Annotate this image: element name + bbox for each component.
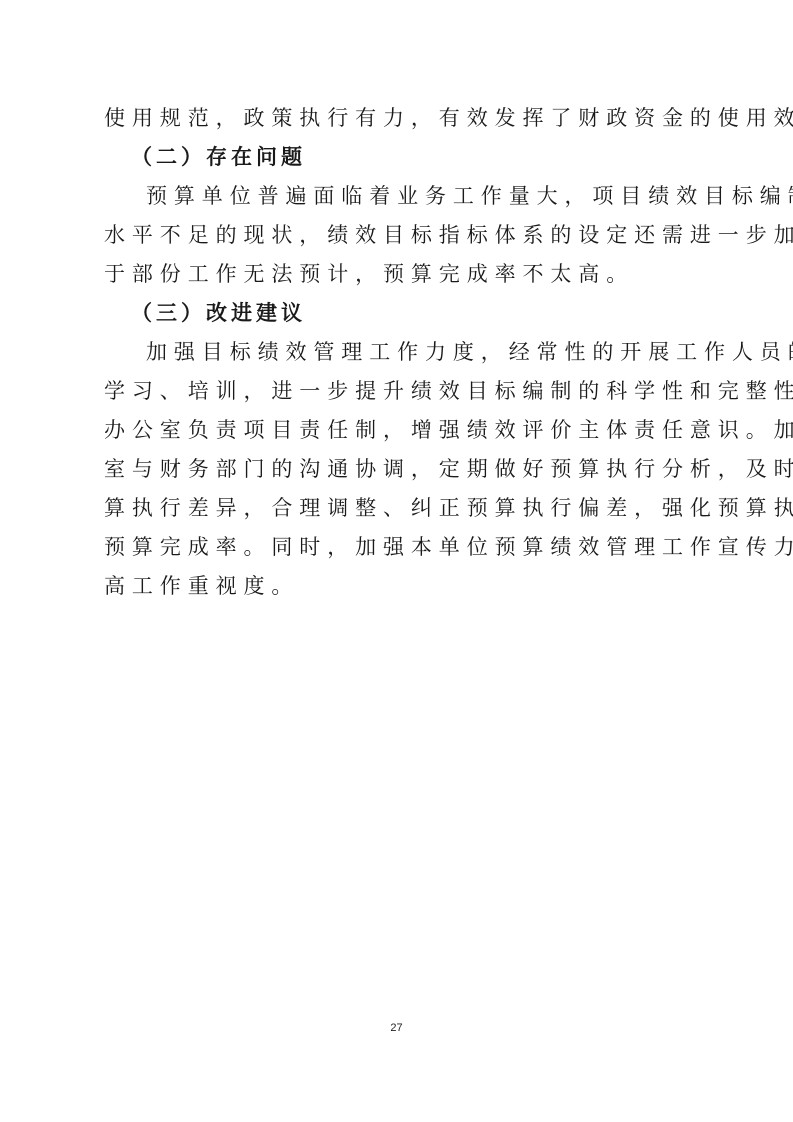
paragraph-line: 学习、培训，进一步提升绩效目标编制的科学性和完整性。完善 [104, 375, 704, 407]
paragraph-line: 加强目标绩效管理工作力度，经常性的开展工作人员的业务 [146, 336, 746, 368]
page-number: 27 [0, 1022, 793, 1034]
paragraph-line: 于部份工作无法预计，预算完成率不太高。 [104, 258, 704, 290]
section-heading-problems: （二）存在问题 [131, 141, 731, 173]
document-page: 使用规范，政策执行有力，有效发挥了财政资金的使用效率。 （二）存在问题 预算单位… [0, 0, 793, 1122]
paragraph-line: 预算完成率。同时，加强本单位预算绩效管理工作宣传力度，提 [104, 531, 704, 563]
section-heading-suggestions: （三）改进建议 [131, 297, 731, 329]
paragraph-line: 预算单位普遍面临着业务工作量大，项目绩效目标编制业务 [146, 180, 746, 212]
paragraph-line: 高工作重视度。 [104, 570, 704, 602]
paragraph-line: 室与财务部门的沟通协调，定期做好预算执行分析，及时了解预 [104, 453, 704, 485]
paragraph-line: 使用规范，政策执行有力，有效发挥了财政资金的使用效率。 [104, 102, 704, 134]
paragraph-line: 算执行差异，合理调整、纠正预算执行偏差，强化预算执行，提高 [104, 492, 704, 524]
paragraph-line: 水平不足的现状，绩效目标指标体系的设定还需进一步加强。由 [104, 219, 704, 251]
paragraph-line: 办公室负责项目责任制，增强绩效评价主体责任意识。加强办公 [104, 414, 704, 446]
